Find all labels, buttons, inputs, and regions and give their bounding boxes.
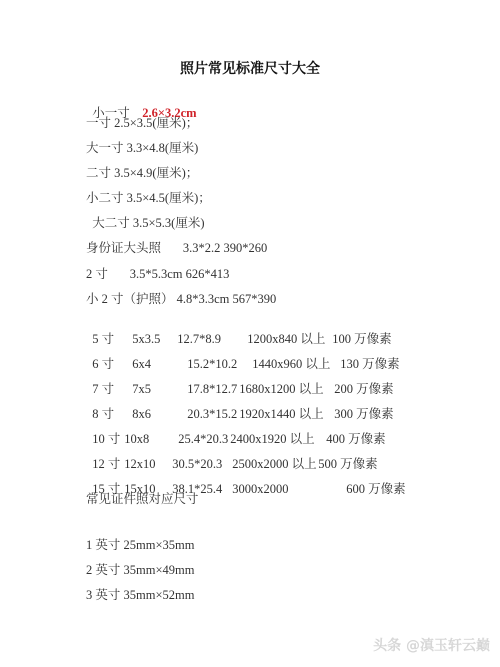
document-title: 照片常见标准尺寸大全 — [0, 58, 500, 78]
size-line: 身份证大头照 3.3*2.2 390*260 — [86, 238, 267, 256]
size-line: 2 寸 3.5*5.3cm 626*413 — [86, 264, 229, 282]
size-line: 大二寸 3.5×5.3(厘米) — [86, 213, 205, 231]
size-line: 二寸 3.5×4.9(厘米)； — [86, 163, 198, 181]
cell-megapixels: 600 万像素 — [346, 482, 405, 496]
cell-pixels: 3000x2000 — [232, 482, 346, 497]
id-size-line: 3 英寸 35mm×52mm — [86, 585, 194, 603]
size-line: 小二寸 3.5×4.5(厘米)； — [86, 188, 211, 206]
size-line: 大一寸 3.3×4.8(厘米) — [86, 138, 198, 156]
id-size-line: 2 英寸 35mm×49mm — [86, 560, 194, 578]
size-line: 一寸 2.5×3.5(厘米)； — [86, 113, 198, 131]
id-size-line: 1 英寸 25mm×35mm — [86, 535, 194, 553]
watermark: 头条 @滇玉轩云巅 — [373, 635, 490, 655]
size-line: 小 2 寸（护照） 4.8*3.3cm 567*390 — [86, 289, 276, 307]
id-section-title: 常见证件照对应尺寸 — [86, 489, 199, 507]
